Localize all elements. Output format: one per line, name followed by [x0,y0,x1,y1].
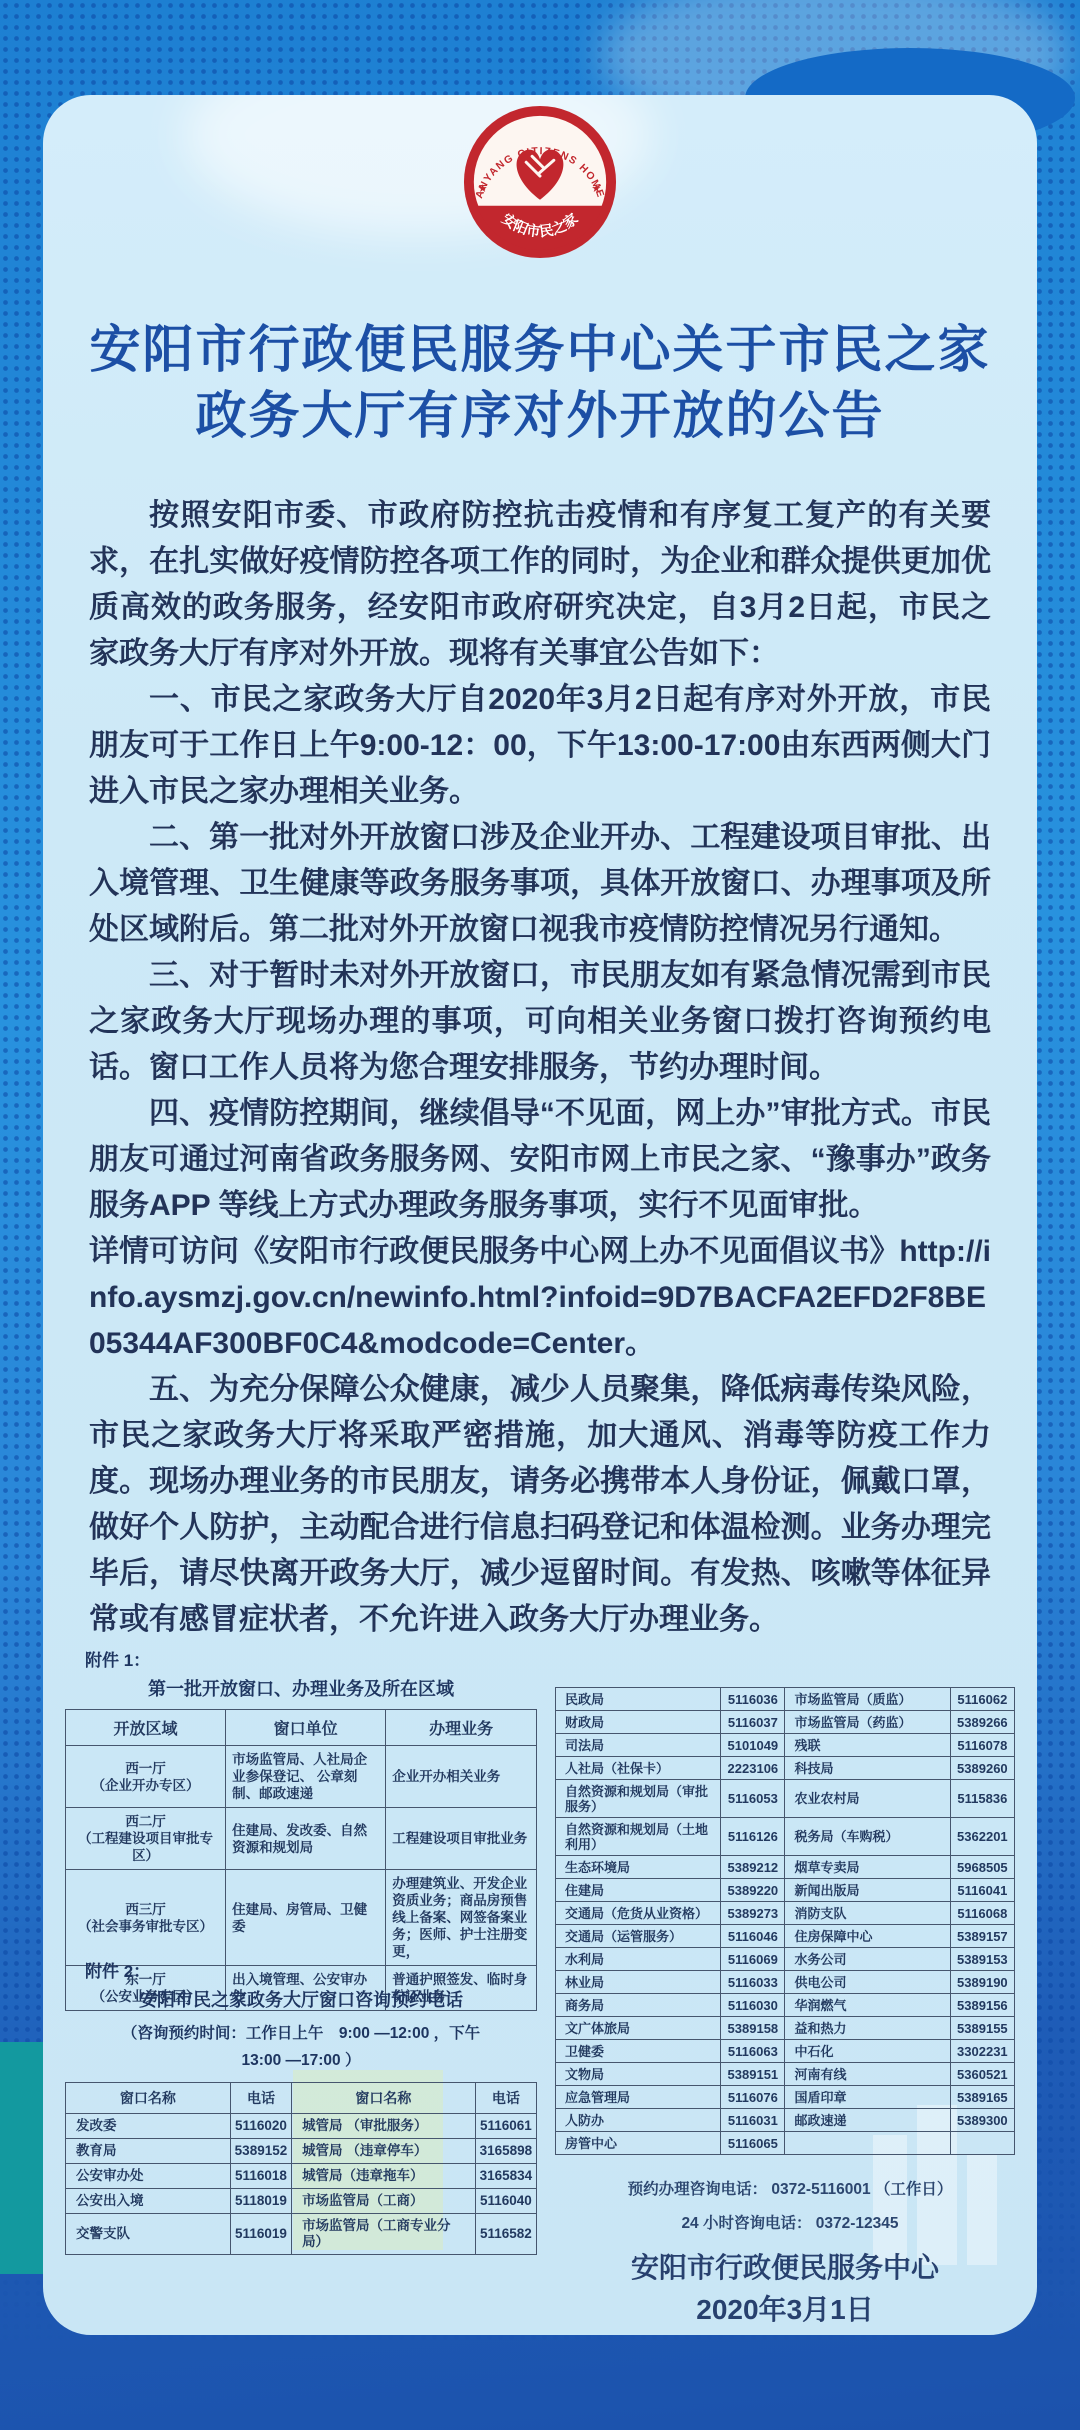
table-row: 西三厅 （社会事务审批专区）住建局、房管局、卫健委办理建筑业、开发企业资质业务；… [66,1870,537,1966]
table-cell: 5116063 [721,2040,785,2063]
table-row: 交通局（运管服务）5116046住房保障中心5389157 [556,1925,1015,1948]
body-paragraph: 五、为充分保障公众健康，减少人员聚集，降低病毒传染风险，市民之家政务大厅将采取严… [89,1367,991,1643]
table-cell: 人防办 [556,2109,721,2132]
table-cell: 华润燃气 [785,1994,950,2017]
table-header-cell: 开放区域 [66,1710,226,1746]
table-cell: 新闻出版局 [785,1879,950,1902]
table-row: 人社局（社保卡）2223106科技局5389260 [556,1757,1015,1780]
anyang-citizens-home-logo: ANYANG CITIZENS HOME ★ ★ 安阳市民之家 [461,103,619,261]
table-cell: 5116019 [230,2214,291,2255]
table-row: 教育局5389152城管局 （违章停车）3165898 [66,2139,537,2164]
table-cell: 5389152 [230,2139,291,2164]
table-cell: 5116018 [230,2164,291,2189]
logo-star-right: ★ [591,183,601,195]
table-cell: 住建局 [556,1879,721,1902]
body-paragraph: 四、疫情防控期间，继续倡导“不见面，网上办”审批方式。市民朋友可通过河南省政务服… [89,1091,991,1229]
table-cell: 5116037 [721,1711,785,1734]
department-phone-directory: 民政局5116036市场监管局（质监）5116062财政局5116037市场监管… [555,1687,1015,2155]
table-row: 西二厅 （工程建设项目审批专区）住建局、发改委、自然资源和规划局工程建设项目审批… [66,1808,537,1870]
table-cell: 卫健委 [556,2040,721,2063]
announcement-title: 安阳市行政便民服务中心关于市民之家 政务大厅有序对外开放的公告 [43,317,1037,449]
table-cell: 发改委 [66,2114,231,2139]
table-row: 发改委5116020城管局 （审批服务）5116061 [66,2114,537,2139]
table-header-cell: 窗口单位 [226,1710,386,1746]
table-cell: 市场监管局、人社局企业参保登记、 公章刻制、邮政速递 [226,1746,386,1808]
table-cell: 交通局（运管服务） [556,1925,721,1948]
table-cell: 住建局、房管局、卫健委 [226,1870,386,1966]
table-cell: 公安出入境 [66,2189,231,2214]
issuing-organization: 安阳市行政便民服务中心 [555,2247,1015,2289]
body-paragraph: 三、对于暂时未对外开放窗口，市民朋友如有紧急情况需到市民之家政务大厅现场办理的事… [89,953,991,1091]
table-cell: 自然资源和规划局（审批服务） [556,1780,721,1818]
body-paragraph: 按照安阳市委、市政府防控抗击疫情和有序复工复产的有关要求，在扎实做好疫情防控各项… [89,493,991,677]
table-cell: 5389165 [950,2086,1014,2109]
table-cell: 5362201 [950,1818,1014,1856]
table-row: 财政局5116037市场监管局（药监）5389266 [556,1711,1015,1734]
table-cell: 办理建筑业、开发企业资质业务；商品房预售线上备案、网签备案业务；医师、护士注册变… [386,1870,537,1966]
table-cell: 住房保障中心 [785,1925,950,1948]
table-cell: 5360521 [950,2063,1014,2086]
table-cell: 5116041 [950,1879,1014,1902]
table-cell: 5116020 [230,2114,291,2139]
body-paragraph: 详情可访问《安阳市行政便民服务中心网上办不见面倡议书》http://info.a… [89,1229,991,1367]
table-header-cell: 电话 [230,2083,291,2114]
announcement-poster: ANYANG CITIZENS HOME ★ ★ 安阳市民之家 安阳市行政便民服… [0,0,1080,2430]
table-cell: 5116036 [721,1688,785,1711]
table-header-cell: 窗口名称 [66,2083,231,2114]
attachment-2-table-title: 安阳市民之家政务大厅窗口咨询预约电话 [65,1986,537,2012]
table-cell: 5116030 [721,1994,785,2017]
table-cell: 企业开办相关业务 [386,1746,537,1808]
consultation-phone-table: 窗口名称电话窗口名称电话 发改委5116020城管局 （审批服务）5116061… [65,2082,537,2255]
table-cell: 5115836 [950,1780,1014,1818]
table-cell: 交警支队 [66,2214,231,2255]
logo-star-left: ★ [478,183,488,195]
table-cell: 5118019 [230,2189,291,2214]
issue-date: 2020年3月1日 [555,2289,1015,2331]
table-cell: 西三厅 （社会事务审批专区） [66,1870,226,1966]
table-cell: 5116582 [475,2214,536,2255]
table-cell: 国盾印章 [785,2086,950,2109]
table-cell: 水务公司 [785,1948,950,1971]
table-row: 文广体旅局5389158益和热力5389155 [556,2017,1015,2040]
table-cell: 5116062 [950,1688,1014,1711]
table-cell: 应急管理局 [556,2086,721,2109]
body-paragraph: 一、市民之家政务大厅自2020年3月2日起有序对外开放，市民朋友可于工作日上午9… [89,677,991,815]
table-cell: 城管局 （违章停车） [292,2139,476,2164]
table-cell: 市场监管局（药监） [785,1711,950,1734]
table-cell: 民政局 [556,1688,721,1711]
table-cell: 3165834 [475,2164,536,2189]
table-row: 生态环境局5389212烟草专卖局5968505 [556,1856,1015,1879]
table-cell: 供电公司 [785,1971,950,1994]
table-cell: 文物局 [556,2063,721,2086]
title-line-1: 安阳市行政便民服务中心关于市民之家 [43,317,1037,383]
table-row: 商务局5116030华润燃气5389156 [556,1994,1015,2017]
signature-block: 安阳市行政便民服务中心 2020年3月1日 [555,2247,1015,2331]
booking-hotline: 预约办理咨询电话： 0372-5116001 （工作日） [555,2173,1025,2207]
table-cell: 5389266 [950,1711,1014,1734]
attachment-2-subtitle: （咨询预约时间：工作日上午 9:00 —12:00 ，下午 13:00 —17:… [65,2020,537,2074]
attachment-2-label: 附件 2： [85,1957,537,1982]
table-cell: 5116046 [721,1925,785,1948]
table-row: 西一厅 （企业开办专区）市场监管局、人社局企业参保登记、 公章刻制、邮政速递企业… [66,1746,537,1808]
table-cell: 商务局 [556,1994,721,2017]
table-row: 公安审办处5116018城管局（违章拖车）3165834 [66,2164,537,2189]
table-cell: 5116040 [475,2189,536,2214]
table-cell: 交通局（危货从业资格） [556,1902,721,1925]
table-cell: 5116061 [475,2114,536,2139]
table-cell: 3302231 [950,2040,1014,2063]
table-row: 交通局（危货从业资格）5389273消防支队5116068 [556,1902,1015,1925]
title-line-2: 政务大厅有序对外开放的公告 [43,383,1037,449]
table-row: 卫健委5116063中石化3302231 [556,2040,1015,2063]
table-cell: 生态环境局 [556,1856,721,1879]
table-cell: 5389158 [721,2017,785,2040]
table-cell: 残联 [785,1734,950,1757]
announcement-card: ANYANG CITIZENS HOME ★ ★ 安阳市民之家 安阳市行政便民服… [43,95,1037,2335]
table-cell: 工程建设项目审批业务 [386,1808,537,1870]
table-header-cell: 窗口名称 [292,2083,476,2114]
table-cell: 公安审办处 [66,2164,231,2189]
table-header-cell: 办理业务 [386,1710,537,1746]
table-cell: 水利局 [556,1948,721,1971]
table-cell: 人社局（社保卡） [556,1757,721,1780]
table-cell: 西一厅 （企业开办专区） [66,1746,226,1808]
table-cell: 市场监管局（工商专业分局） [292,2214,476,2255]
table-cell: 5389260 [950,1757,1014,1780]
table-cell: 西二厅 （工程建设项目审批专区） [66,1808,226,1870]
table-cell: 城管局 （审批服务） [292,2114,476,2139]
table-cell: 5116076 [721,2086,785,2109]
table-cell: 司法局 [556,1734,721,1757]
table-row: 人防办5116031邮政速递5389300 [556,2109,1015,2132]
table-cell: 5389273 [721,1902,785,1925]
table-cell: 5389212 [721,1856,785,1879]
attachment-1-table-title: 第一批开放窗口、办理业务及所在区域 [65,1675,537,1701]
table-cell: 益和热力 [785,2017,950,2040]
table-row: 司法局5101049残联5116078 [556,1734,1015,1757]
table-cell: 邮政速递 [785,2109,950,2132]
department-phone-table: 民政局5116036市场监管局（质监）5116062财政局5116037市场监管… [555,1687,1015,2155]
table-cell: 林业局 [556,1971,721,1994]
table-cell [950,2132,1014,2155]
table-cell: 城管局（违章拖车） [292,2164,476,2189]
table-row: 文物局5389151河南有线5360521 [556,2063,1015,2086]
table-cell: 税务局（车购税） [785,1818,950,1856]
table-row: 房管中心5116065 [556,2132,1015,2155]
table-header-row: 开放区域窗口单位办理业务 [66,1710,537,1746]
footer-hotlines: 预约办理咨询电话： 0372-5116001 （工作日） 24 小时咨询电话： … [555,2173,1025,2241]
table-cell: 3165898 [475,2139,536,2164]
table-cell: 财政局 [556,1711,721,1734]
table-header-cell: 电话 [475,2083,536,2114]
table-cell: 房管中心 [556,2132,721,2155]
table-row: 水利局5116069水务公司5389153 [556,1948,1015,1971]
table-row: 林业局5116033供电公司5389190 [556,1971,1015,1994]
24h-hotline: 24 小时咨询电话： 0372-12345 [555,2207,1025,2241]
table-cell: 5116065 [721,2132,785,2155]
table-row: 公安出入境5118019市场监管局（工商）5116040 [66,2189,537,2214]
table-cell: 教育局 [66,2139,231,2164]
table-cell: 科技局 [785,1757,950,1780]
table-row: 自然资源和规划局（土地利用）5116126税务局（车购税）5362201 [556,1818,1015,1856]
table-cell: 5116031 [721,2109,785,2132]
table-cell: 市场监管局（工商） [292,2189,476,2214]
table-cell: 5389153 [950,1948,1014,1971]
table-cell: 5389155 [950,2017,1014,2040]
table-cell: 5968505 [950,1856,1014,1879]
attachment-2-section: 附件 2： 安阳市民之家政务大厅窗口咨询预约电话 （咨询预约时间：工作日上午 9… [65,1957,537,2255]
table-cell: 文广体旅局 [556,2017,721,2040]
table-cell: 住建局、发改委、自然资源和规划局 [226,1808,386,1870]
table-cell: 市场监管局（质监） [785,1688,950,1711]
table-row: 应急管理局5116076国盾印章5389165 [556,2086,1015,2109]
table-cell: 5116078 [950,1734,1014,1757]
table-cell: 5389300 [950,2109,1014,2132]
table-cell: 5389190 [950,1971,1014,1994]
table-row: 自然资源和规划局（审批服务）5116053农业农村局5115836 [556,1780,1015,1818]
table-row: 民政局5116036市场监管局（质监）5116062 [556,1688,1015,1711]
body-paragraph: 二、第一批对外开放窗口涉及企业开办、工程建设项目审批、出入境管理、卫生健康等政务… [89,815,991,953]
table-cell: 农业农村局 [785,1780,950,1818]
table-cell: 5116069 [721,1948,785,1971]
table-cell: 5389156 [950,1994,1014,2017]
table-cell: 河南有线 [785,2063,950,2086]
table-cell: 2223106 [721,1757,785,1780]
table-cell: 5389157 [950,1925,1014,1948]
table-cell: 5116126 [721,1818,785,1856]
table-cell: 5101049 [721,1734,785,1757]
table-cell [785,2132,950,2155]
table-cell: 中石化 [785,2040,950,2063]
announcement-body: 按照安阳市委、市政府防控抗击疫情和有序复工复产的有关要求，在扎实做好疫情防控各项… [89,493,991,1643]
table-cell: 自然资源和规划局（土地利用） [556,1818,721,1856]
table-cell: 5389151 [721,2063,785,2086]
table-cell: 5389220 [721,1879,785,1902]
table-cell: 5116068 [950,1902,1014,1925]
table-row: 交警支队5116019市场监管局（工商专业分局）5116582 [66,2214,537,2255]
table-header-row: 窗口名称电话窗口名称电话 [66,2083,537,2114]
attachment-1-label: 附件 1： [85,1646,537,1671]
table-cell: 5116053 [721,1780,785,1818]
table-row: 住建局5389220新闻出版局5116041 [556,1879,1015,1902]
table-cell: 消防支队 [785,1902,950,1925]
table-cell: 烟草专卖局 [785,1856,950,1879]
table-cell: 5116033 [721,1971,785,1994]
